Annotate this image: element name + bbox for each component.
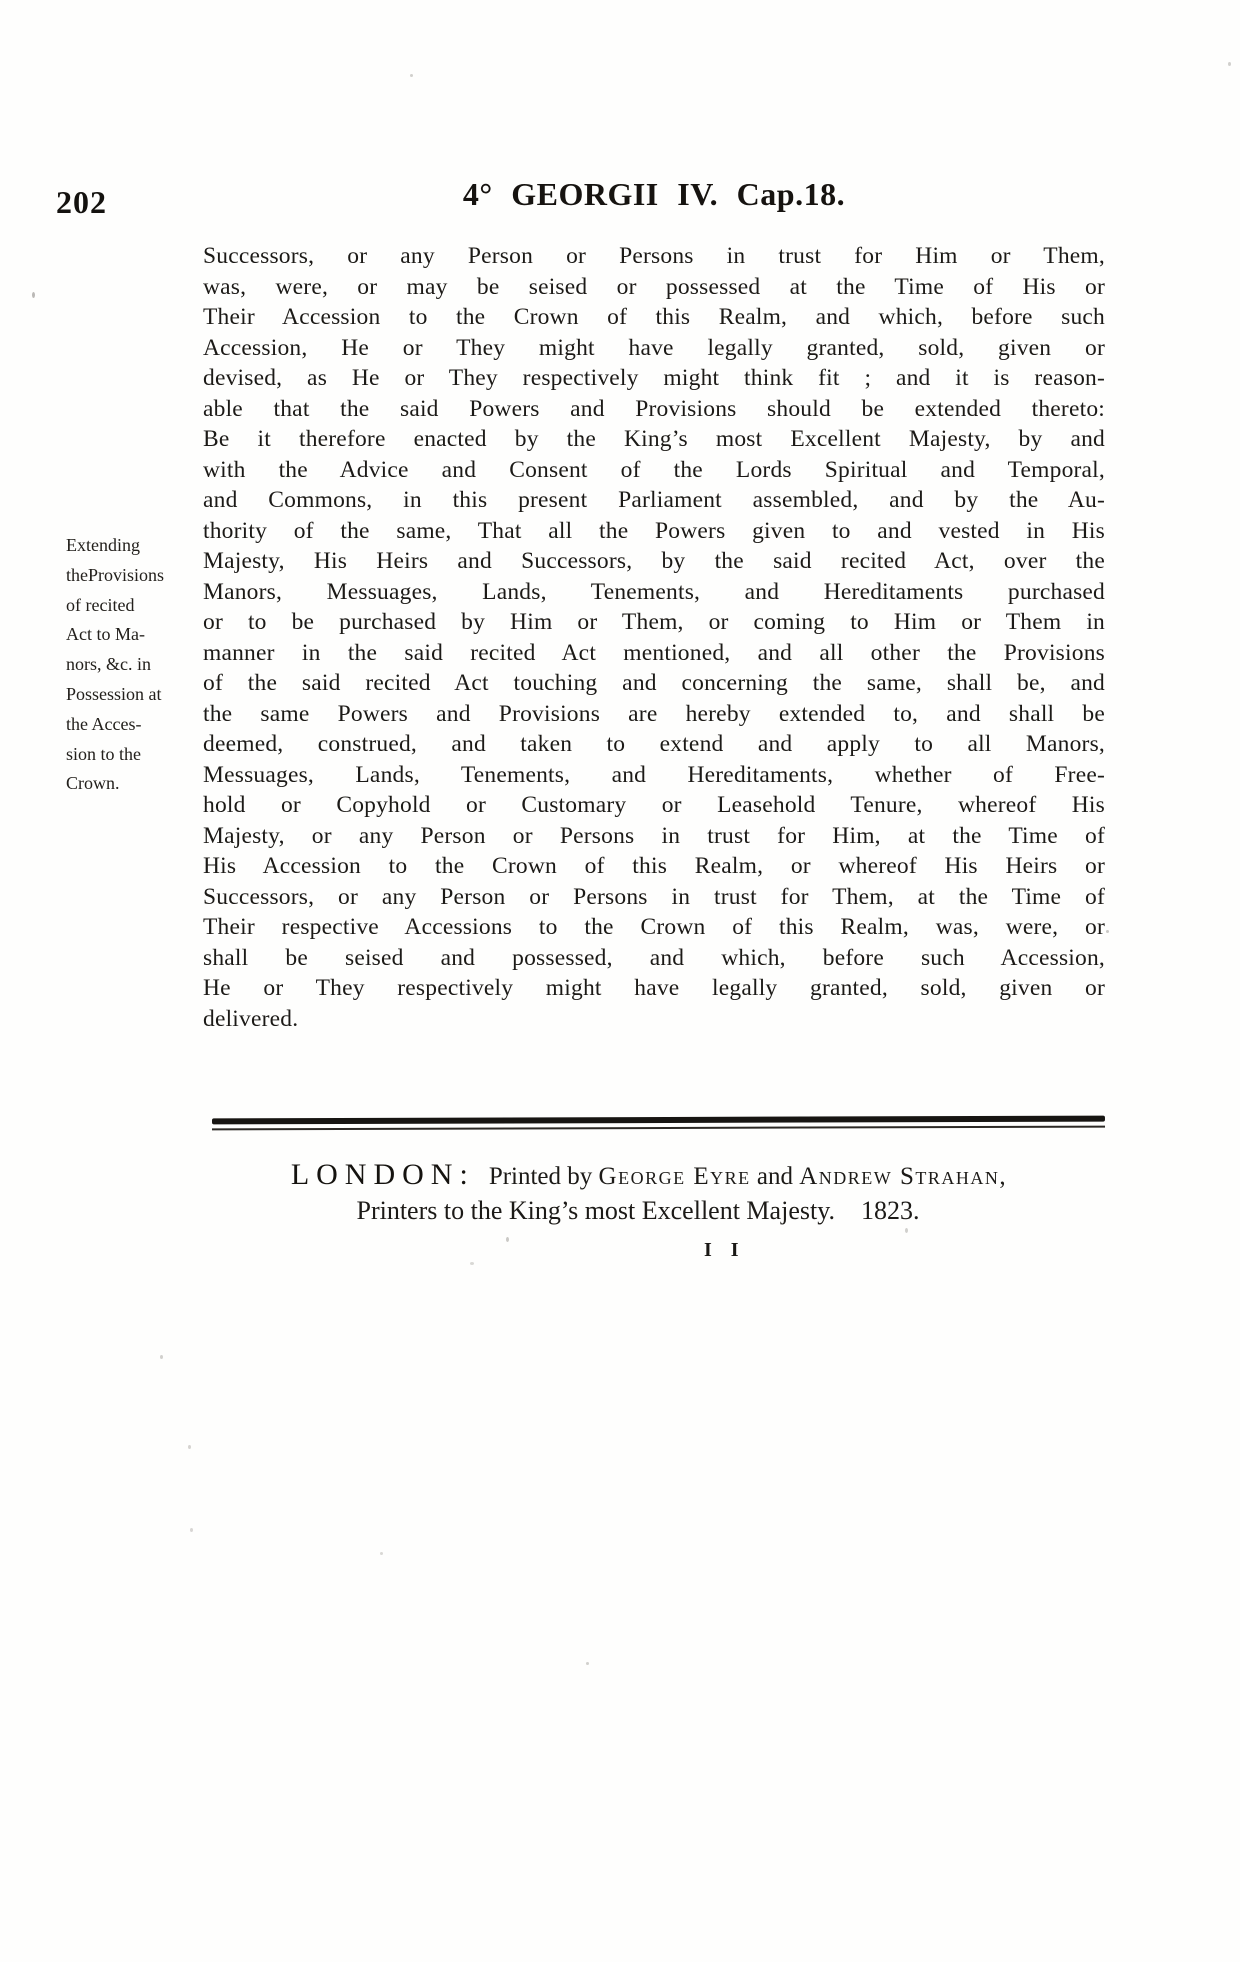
body-text-line: shall be seised and possessed, and which… — [203, 943, 1105, 974]
margin-note-line: Act to Ma- — [66, 620, 208, 650]
margin-note-line: nors, &c. in — [66, 650, 208, 680]
margin-note-line: sion to the — [66, 740, 208, 770]
scan-speck — [1106, 930, 1109, 933]
imprint-divider-rule — [212, 1116, 1105, 1131]
body-text-line: thority of the same, That all the Powers… — [203, 516, 1105, 547]
body-text-line: Accession, He or They might have legally… — [203, 333, 1105, 364]
body-text-line: with the Advice and Consent of the Lords… — [203, 455, 1105, 486]
body-text-line: His Accession to the Crown of this Realm… — [203, 851, 1105, 882]
imprint-printers-text: Printers to the King’s most Excellent Ma… — [356, 1196, 835, 1225]
margin-note-line: Extending — [66, 531, 208, 561]
margin-note-line: Crown. — [66, 769, 208, 799]
scan-speck — [470, 1262, 474, 1265]
margin-note-line: theProvisions — [66, 561, 208, 591]
scan-speck — [1228, 62, 1231, 66]
rule-thick-line — [212, 1116, 1105, 1125]
margin-note-line: Possession at — [66, 680, 208, 710]
body-text-line: Manors, Messuages, Lands, Tenements, and… — [203, 577, 1105, 608]
body-text-line: able that the said Powers and Provisions… — [203, 394, 1105, 425]
margin-note: ExtendingtheProvisionsof recitedAct to M… — [66, 531, 208, 799]
scan-speck — [506, 1237, 509, 1242]
body-text-line: Their respective Accessions to the Crown… — [203, 912, 1105, 943]
body-text-line: He or They respectively might have legal… — [203, 973, 1105, 1004]
act-body-text: Successors, or any Person or Persons in … — [203, 241, 1105, 1034]
scan-speck — [410, 74, 413, 77]
scan-speck — [32, 292, 35, 298]
scan-speck — [188, 1445, 191, 1449]
body-text-line: devised, as He or They respectively migh… — [203, 363, 1105, 394]
scan-speck — [586, 1662, 589, 1665]
margin-note-line: of recited — [66, 591, 208, 621]
signature-mark: I I — [704, 1239, 746, 1262]
page-number: 202 — [56, 184, 107, 221]
body-text-line: was, were, or may be seised or possessed… — [203, 272, 1105, 303]
imprint-printer-1: George Eyre — [599, 1163, 751, 1190]
imprint-line-1: LONDON:Printed by George Eyre and Andrew… — [198, 1158, 1100, 1192]
imprint-year: 1823. — [861, 1196, 920, 1225]
body-text-line: hold or Copyhold or Customary or Leaseho… — [203, 790, 1105, 821]
body-text-line: of the said recited Act touching and con… — [203, 668, 1105, 699]
imprint-line-2: Printers to the King’s most Excellent Ma… — [198, 1196, 1078, 1226]
imprint-printed-by: Printed by — [489, 1163, 592, 1190]
body-text-line: Majesty, or any Person or Persons in tru… — [203, 821, 1105, 852]
body-text-line: manner in the said recited Act mentioned… — [203, 638, 1105, 669]
scanned-act-page: 202 4° GEORGII IV. Cap.18. ExtendingtheP… — [0, 0, 1240, 1962]
imprint-conjunction: and — [757, 1163, 793, 1190]
body-text-line: Be it therefore enacted by the King’s mo… — [203, 424, 1105, 455]
body-text-line: delivered. — [203, 1004, 1105, 1035]
body-text-line: Successors, or any Person or Persons in … — [203, 241, 1105, 272]
body-text-line: or to be purchased by Him or Them, or co… — [203, 607, 1105, 638]
imprint-city: LONDON: — [291, 1158, 475, 1191]
running-header: 4° GEORGII IV. Cap.18. — [203, 176, 1105, 213]
imprint-printer-2: Andrew Strahan, — [799, 1163, 1007, 1190]
scan-speck — [380, 1552, 383, 1555]
body-text-line: Successors, or any Person or Persons in … — [203, 882, 1105, 913]
body-text-line: deemed, construed, and taken to extend a… — [203, 729, 1105, 760]
body-text-line: Their Accession to the Crown of this Rea… — [203, 302, 1105, 333]
margin-note-line: the Acces- — [66, 710, 208, 740]
scan-speck — [905, 1228, 908, 1233]
body-text-line: and Commons, in this present Parliament … — [203, 485, 1105, 516]
scan-speck — [190, 1528, 193, 1532]
body-text-line: the same Powers and Provisions are hereb… — [203, 699, 1105, 730]
rule-thin-line — [212, 1126, 1105, 1131]
scan-speck — [160, 1355, 163, 1359]
body-text-line: Messuages, Lands, Tenements, and Heredit… — [203, 760, 1105, 791]
body-text-line: Majesty, His Heirs and Successors, by th… — [203, 546, 1105, 577]
